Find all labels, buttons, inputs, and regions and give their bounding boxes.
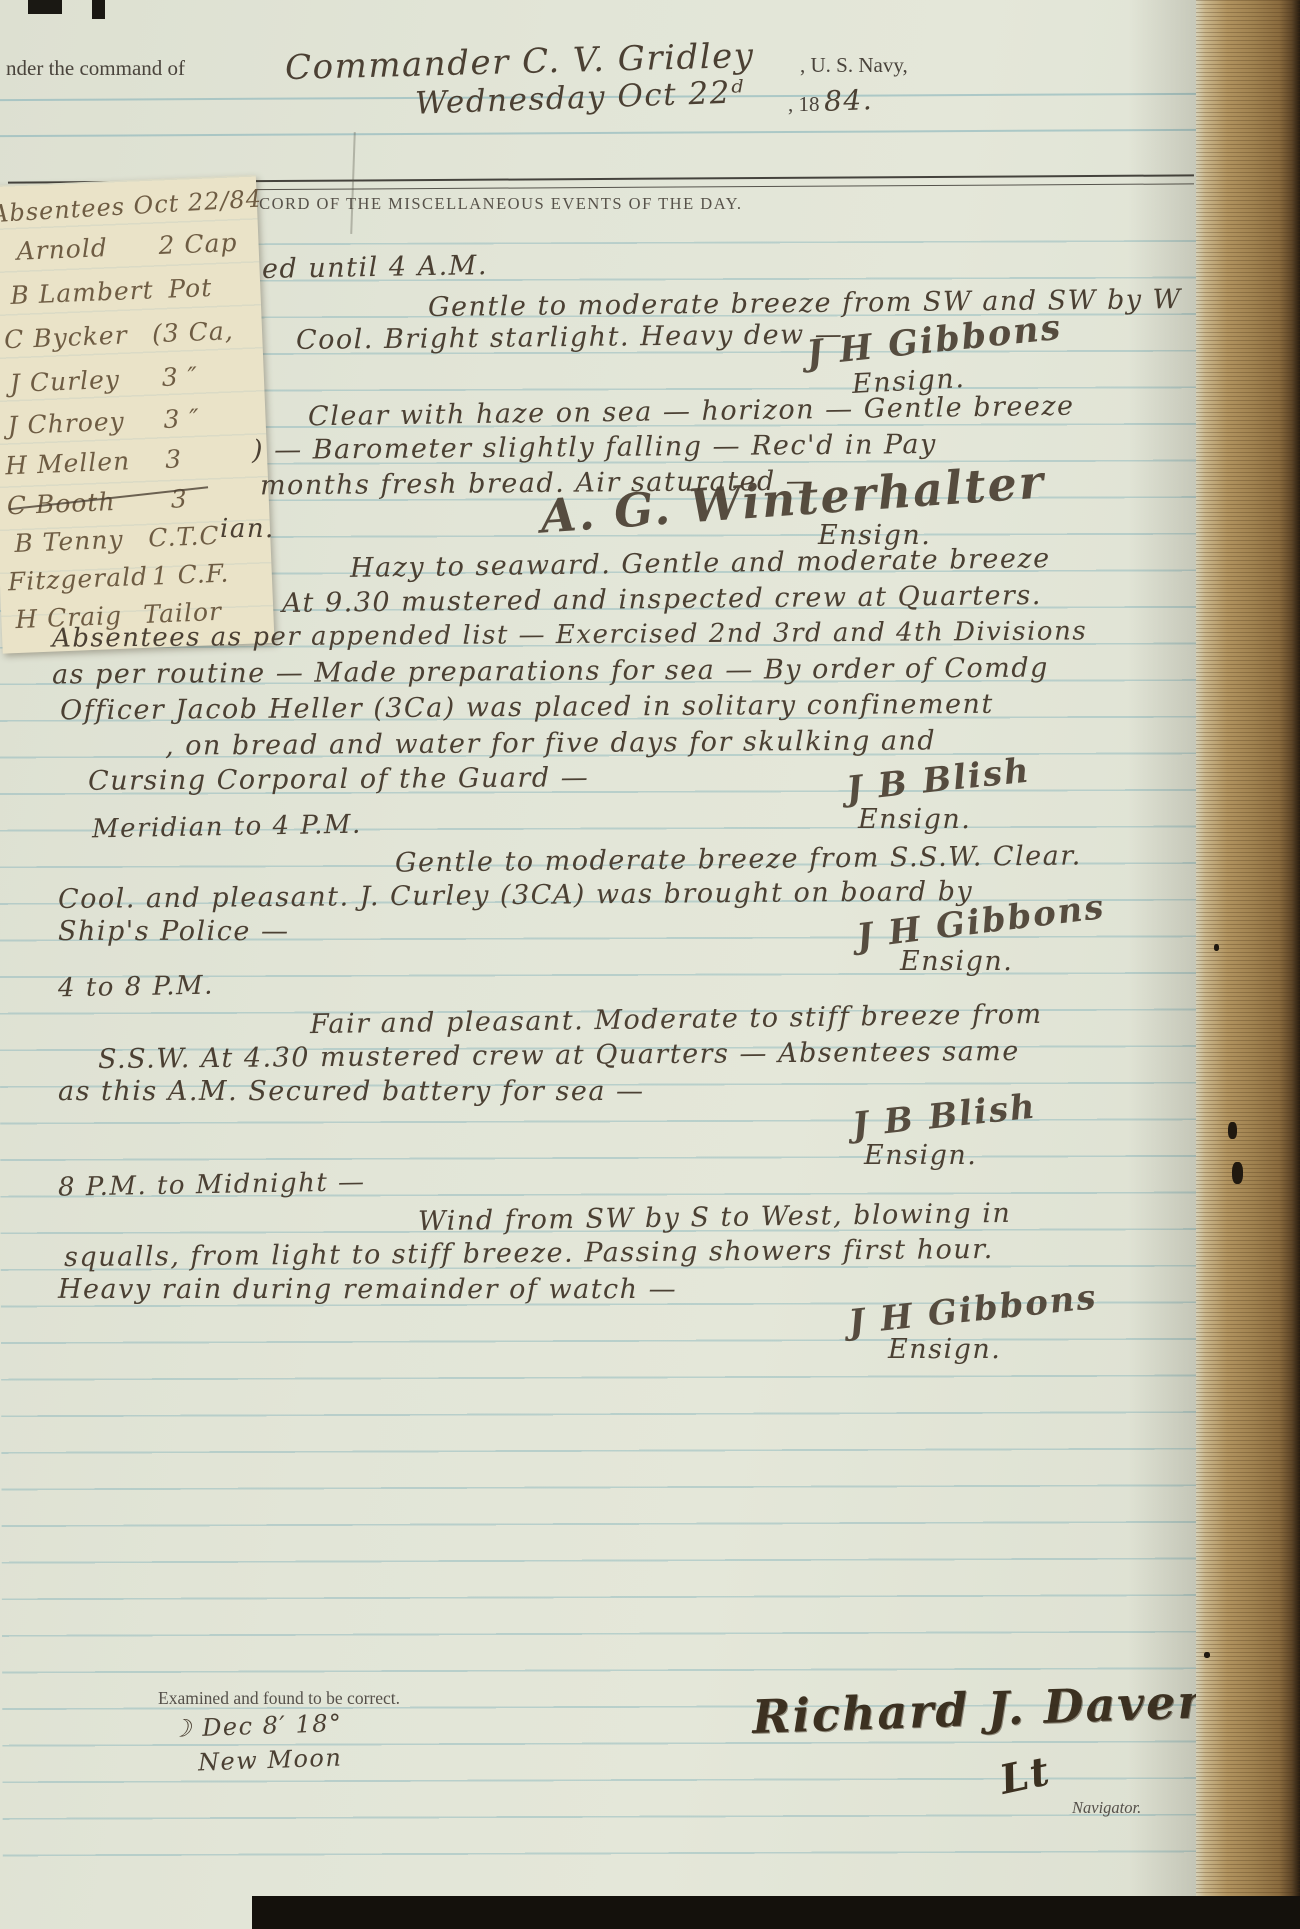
watch-label: 8 P.M. to Midnight — <box>58 1167 366 1202</box>
absentee-name: B Tenny <box>14 525 124 558</box>
moon-phase-note: New Moon <box>198 1743 343 1776</box>
absentee-slip-title: Absentees Oct 22/84 <box>0 185 263 229</box>
header-rule-2 <box>0 129 1196 137</box>
scan-corner-mark <box>92 0 105 19</box>
logbook-page: nder the command of Commander C. V. Grid… <box>0 0 1300 1929</box>
signature-rank: Ensign. <box>888 1334 1001 1365</box>
absentee-name: C Bycker <box>4 320 129 354</box>
navy-suffix-label: , U. S. Navy, <box>800 53 908 78</box>
signature-rank: Ensign. <box>864 1140 977 1171</box>
ink-speck <box>1214 944 1219 951</box>
watch-label: Meridian to 4 P.M. <box>92 810 362 845</box>
year-script: 84. <box>823 83 873 118</box>
absentee-name: Fitzgerald <box>7 562 148 597</box>
examined-label: Examined and found to be correct. <box>158 1688 400 1709</box>
log-line: Officer Jacob Heller (3Ca) was placed in… <box>60 689 994 727</box>
command-prefix-label: nder the command of <box>6 56 185 81</box>
log-line: Heavy rain during remainder of watch — <box>58 1274 677 1305</box>
absentee-name: J Curley <box>9 365 120 398</box>
log-line: ed until 4 A.M. <box>262 250 488 285</box>
log-line: Ship's Police — <box>58 916 289 947</box>
absentee-note: 3 <box>165 444 183 474</box>
absentee-note: C.T.C <box>148 521 220 553</box>
scan-corner-mark <box>28 0 62 14</box>
absentee-name: H Mellen <box>5 446 131 480</box>
log-line: Cool. Bright starlight. Heavy dew — <box>296 319 844 356</box>
watch-label: ian. <box>220 514 275 544</box>
book-fore-edge <box>1196 0 1300 1929</box>
year-printed: , 18 <box>788 92 820 117</box>
absentee-slip: Absentees Oct 22/84 Arnold 2 Cap B Lambe… <box>0 175 275 654</box>
log-line: ) — Barometer slightly falling — Rec'd i… <box>252 429 937 466</box>
watch-label: 4 to 8 P.M. <box>58 971 214 1004</box>
signature-rank: Ensign. <box>858 804 971 835</box>
ink-speck <box>1228 1122 1237 1139</box>
absentee-note: 1 C.F. <box>151 558 230 590</box>
signature-rank: Ensign. <box>900 946 1013 977</box>
absentee-name: J Chroey <box>7 407 125 441</box>
absentee-note: (3 Ca, <box>151 316 234 348</box>
page-edge-shadow <box>1128 0 1196 1929</box>
absentee-note: Pot <box>168 273 213 304</box>
absentee-note: 3 ″ <box>161 362 198 392</box>
log-line: , on bread and water for five days for s… <box>165 725 936 761</box>
absentee-name: Arnold <box>16 233 108 266</box>
ink-speck <box>1232 1162 1243 1184</box>
log-line: Cursing Corporal of the Guard — <box>88 762 589 796</box>
page-title: RECORD OF THE MISCELLANEOUS EVENTS OF TH… <box>235 194 675 214</box>
scan-bottom-edge <box>252 1896 1300 1929</box>
absentee-name: B Lambert <box>10 275 154 310</box>
ink-speck <box>1204 1652 1210 1658</box>
absentee-note: 3 ″ <box>163 404 200 434</box>
log-line: as this A.M. Secured battery for sea — <box>58 1076 645 1107</box>
absentee-note: 2 Cap <box>158 228 238 260</box>
